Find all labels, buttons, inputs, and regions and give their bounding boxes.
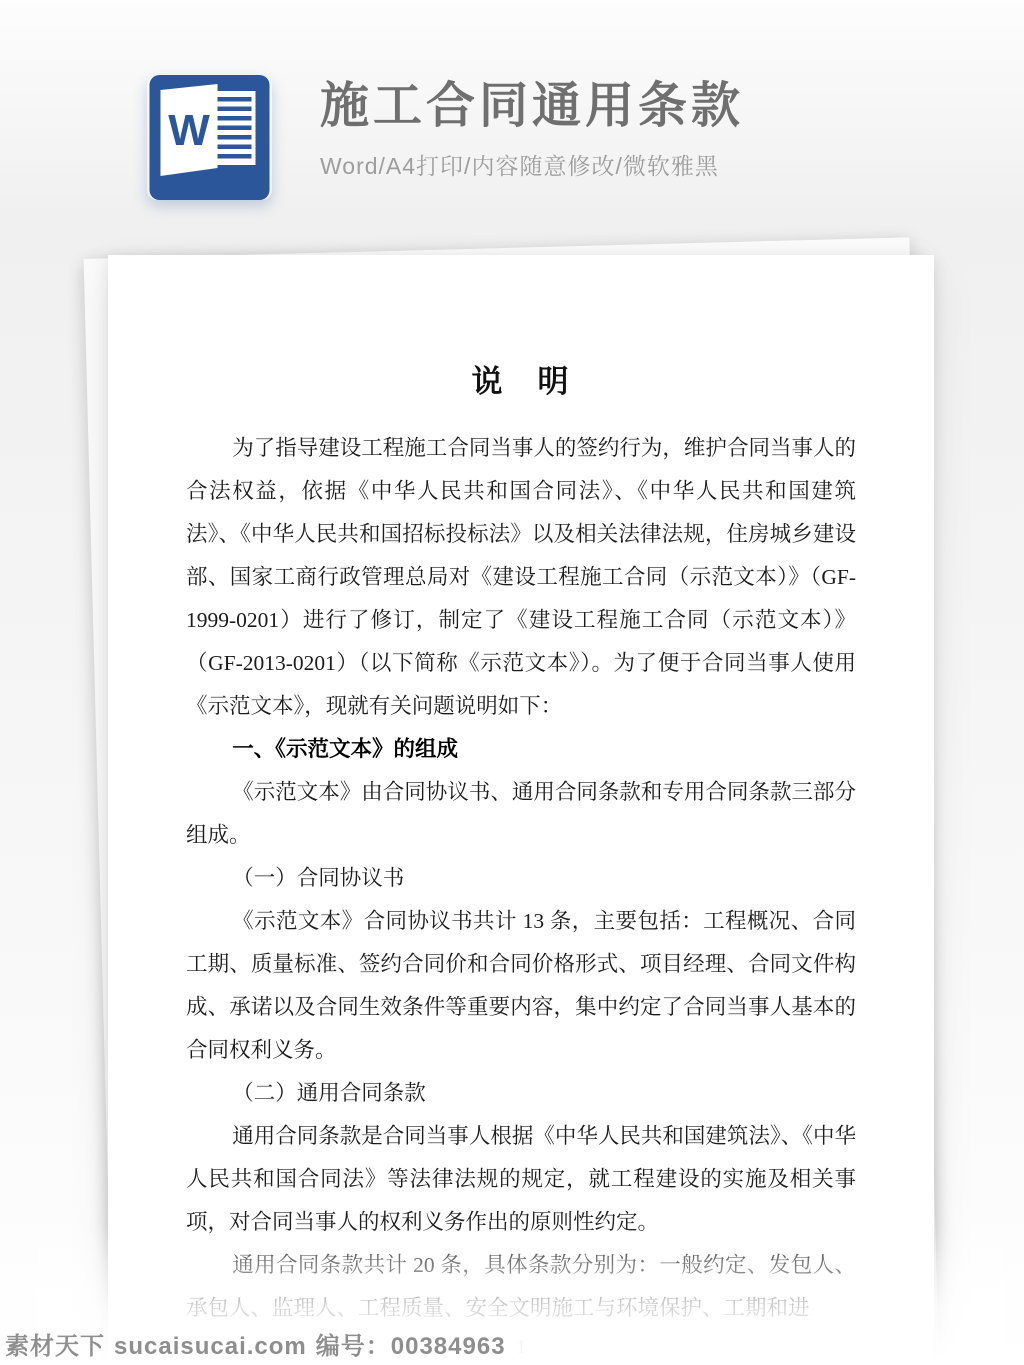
document-body: 为了指导建设工程施工合同当事人的签约行为，维护合同当事人的合法权益，依据《中华人…: [186, 427, 856, 1330]
document-page: 说 明 为了指导建设工程施工合同当事人的签约行为，维护合同当事人的合法权益，依据…: [108, 255, 934, 1365]
paper-stack: 说 明 为了指导建设工程施工合同当事人的签约行为，维护合同当事人的合法权益，依据…: [108, 255, 934, 1365]
document-paragraph: 《示范文本》由合同协议书、通用合同条款和专用合同条款三部分组成。: [186, 771, 856, 857]
page-title: 施工合同通用条款: [320, 77, 744, 135]
hero-text: 施工合同通用条款 Word/A4打印/内容随意修改/微软雅黑: [320, 75, 744, 181]
watermark-id: 编号：00384963: [316, 1333, 506, 1360]
document-paragraph: 通用合同条款是合同当事人根据《中华人民共和国建筑法》、《中华人民共和国合同法》等…: [186, 1115, 856, 1244]
page-subtitle: Word/A4打印/内容随意修改/微软雅黑: [320, 148, 744, 181]
page: { "header": { "title": "施工合同通用条款", "subt…: [0, 0, 1024, 1365]
word-icon-graphic: W: [147, 75, 272, 200]
document-heading: 说 明: [186, 360, 856, 403]
watermark-site-name: 素材天下: [5, 1333, 105, 1360]
word-icon-letter: W: [168, 106, 210, 155]
watermark-site-url: sucaisucai.com: [114, 1333, 307, 1360]
word-icon: W: [147, 75, 272, 200]
document-paragraph: （二）通用合同条款: [186, 1072, 856, 1115]
document-paragraph: 为了指导建设工程施工合同当事人的签约行为，维护合同当事人的合法权益，依据《中华人…: [186, 427, 856, 728]
document-paragraph: 《示范文本》合同协议书共计 13 条，主要包括：工程概况、合同工期、质量标准、签…: [186, 900, 856, 1072]
watermark: 素材天下sucaisucai.com编号：00384963: [5, 1326, 515, 1361]
hero-header: W 施工合同通用条款 Word/A4打印/内容随意修改/微软雅黑: [147, 75, 744, 200]
watermark-id-value: 00384963: [391, 1333, 506, 1360]
document-paragraph: 一、《示范文本》的组成: [186, 728, 856, 771]
document-paragraph: 通用合同条款共计 20 条，具体条款分别为：一般约定、发包人、承包人、监理人、工…: [186, 1244, 856, 1330]
document-paragraph: （一）合同协议书: [186, 857, 856, 900]
watermark-id-label: 编号：: [316, 1333, 391, 1360]
